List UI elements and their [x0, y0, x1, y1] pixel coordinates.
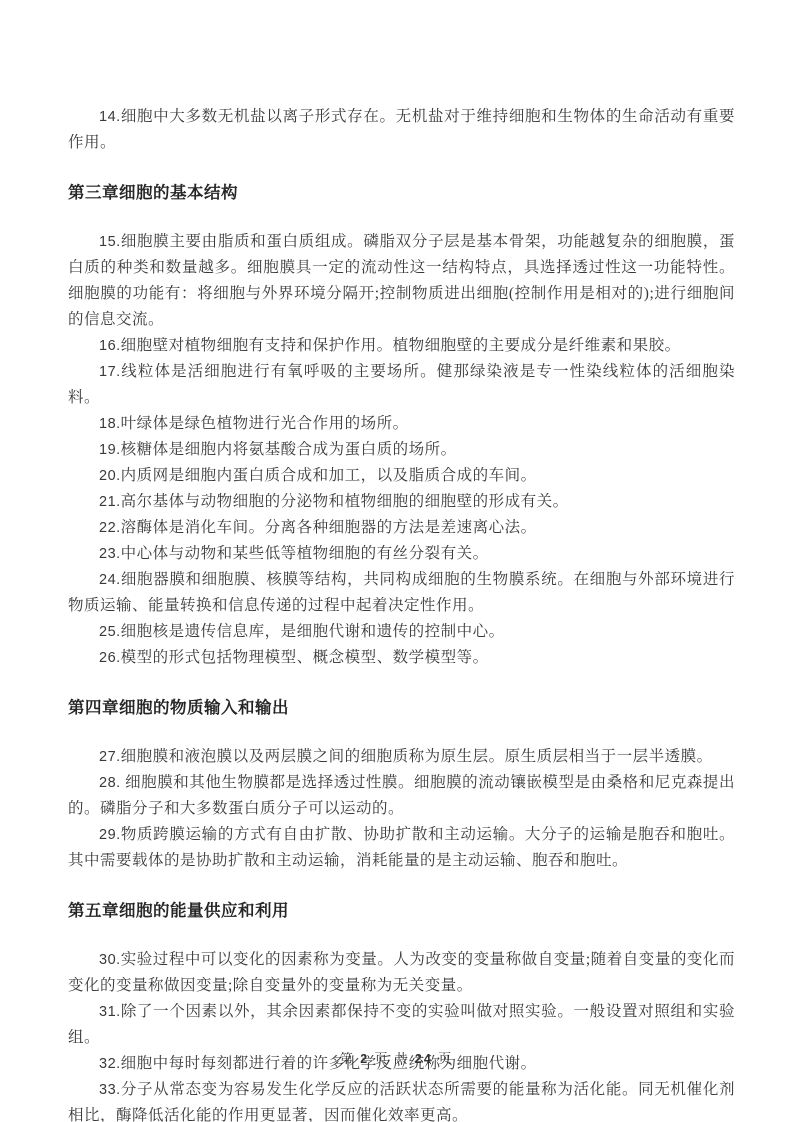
item-text: 物质跨膜运输的方式有自由扩散、协助扩散和主动运输。大分子的运输是胞吞和胞吐。其中… [68, 826, 735, 869]
item-number: 14. [99, 109, 121, 125]
list-item: 18.叶绿体是绿色植物进行光合作用的场所。 [68, 411, 735, 437]
item-number: 29. [99, 827, 121, 843]
chapter-heading: 第五章细胞的能量供应和利用 [68, 899, 735, 923]
item-text: 细胞壁对植物细胞有支持和保护作用。植物细胞壁的主要成分是纤维素和果胶。 [121, 337, 681, 354]
item-number: 27. [99, 749, 121, 765]
item-text: 线粒体是活细胞进行有氧呼吸的主要场所。健那绿染液是专一性染线粒体的活细胞染料。 [68, 363, 735, 406]
item-number: 20. [99, 468, 121, 484]
list-item: 16.细胞壁对植物细胞有支持和保护作用。植物细胞壁的主要成分是纤维素和果胶。 [68, 333, 735, 359]
item-number: 26. [99, 650, 121, 666]
list-item: 25.细胞核是遗传信息库，是细胞代谢和遗传的控制中心。 [68, 619, 735, 645]
list-item: 21.高尔基体与动物细胞的分泌物和植物细胞的细胞壁的形成有关。 [68, 489, 735, 515]
item-text: 细胞核是遗传信息库，是细胞代谢和遗传的控制中心。 [121, 623, 505, 640]
list-item: 20.内质网是细胞内蛋白质合成和加工，以及脂质合成的车间。 [68, 463, 735, 489]
item-text: 溶酶体是消化车间。分离各种细胞器的方法是差速离心法。 [121, 519, 537, 536]
item-number: 24. [99, 572, 121, 588]
list-item: 27.细胞膜和液泡膜以及两层膜之间的细胞质称为原生层。原生质层相当于一层半透膜。 [68, 744, 735, 770]
item-number: 18. [99, 416, 121, 432]
list-item: 31.除了一个因素以外，其余因素都保持不变的实验叫做对照实验。一般设置对照组和实… [68, 999, 735, 1051]
list-item: 28. 细胞膜和其他生物膜都是选择透过性膜。细胞膜的流动镶嵌模型是由桑格和尼克森… [68, 770, 735, 822]
item-text: 叶绿体是绿色植物进行光合作用的场所。 [121, 415, 409, 432]
item-text: 细胞膜和其他生物膜都是选择透过性膜。细胞膜的流动镶嵌模型是由桑格和尼克森提出的。… [68, 774, 735, 817]
footer-suffix: 页 [438, 1051, 453, 1066]
item-number: 31. [99, 1004, 121, 1020]
list-item: 29.物质跨膜运输的方式有自由扩散、协助扩散和主动运输。大分子的运输是胞吞和胞吐… [68, 822, 735, 874]
list-item: 15.细胞膜主要由脂质和蛋白质组成。磷脂双分子层是基本骨架，功能越复杂的细胞膜，… [68, 229, 735, 333]
chapter-heading: 第三章细胞的基本结构 [68, 181, 735, 205]
item-text: 细胞器膜和细胞膜、核膜等结构，共同构成细胞的生物膜系统。在细胞与外部环境进行物质… [68, 571, 735, 614]
list-item: 30.实验过程中可以变化的因素称为变量。人为改变的变量称做自变量;随着自变量的变… [68, 947, 735, 999]
item-text: 核糖体是细胞内将氨基酸合成为蛋白质的场所。 [121, 441, 457, 458]
chapter-heading: 第四章细胞的物质输入和输出 [68, 696, 735, 720]
document-page: 14.细胞中大多数无机盐以离子形式存在。无机盐对于维持细胞和生物体的生命活动有重… [0, 0, 793, 1122]
item-text: 高尔基体与动物细胞的分泌物和植物细胞的细胞壁的形成有关。 [121, 493, 569, 510]
item-number: 33. [99, 1082, 121, 1098]
item-text: 模型的形式包括物理模型、概念模型、数学模型等。 [121, 649, 489, 666]
item-number: 16. [99, 338, 121, 354]
item-number: 23. [99, 546, 121, 562]
list-item: 17.线粒体是活细胞进行有氧呼吸的主要场所。健那绿染液是专一性染线粒体的活细胞染… [68, 359, 735, 411]
footer-page-number: 2 [360, 1052, 369, 1066]
item-text: 除了一个因素以外，其余因素都保持不变的实验叫做对照实验。一般设置对照组和实验组。 [68, 1003, 735, 1046]
list-item: 19.核糖体是细胞内将氨基酸合成为蛋白质的场所。 [68, 437, 735, 463]
item-number: 17. [99, 364, 121, 380]
item-text: 细胞中大多数无机盐以离子形式存在。无机盐对于维持细胞和生物体的生命活动有重要作用… [68, 108, 735, 151]
item-number: 15. [99, 234, 121, 250]
item-text: 实验过程中可以变化的因素称为变量。人为改变的变量称做自变量;随着自变量的变化而变… [68, 951, 735, 994]
item-text: 中心体与动物和某些低等植物细胞的有丝分裂有关。 [121, 545, 489, 562]
item-text: 细胞膜主要由脂质和蛋白质组成。磷脂双分子层是基本骨架，功能越复杂的细胞膜，蛋白质… [68, 233, 735, 328]
page-footer: 第 2 页 共 24 页 [0, 1048, 793, 1067]
item-text: 细胞膜和液泡膜以及两层膜之间的细胞质称为原生层。原生质层相当于一层半透膜。 [121, 748, 713, 765]
item-text: 内质网是细胞内蛋白质合成和加工，以及脂质合成的车间。 [121, 467, 537, 484]
item-number: 30. [99, 952, 121, 968]
item-number: 25. [99, 624, 121, 640]
document-body: 14.细胞中大多数无机盐以离子形式存在。无机盐对于维持细胞和生物体的生命活动有重… [68, 104, 735, 1122]
list-item: 33.分子从常态变为容易发生化学反应的活跃状态所需要的能量称为活化能。同无机催化… [68, 1077, 735, 1122]
list-item: 26.模型的形式包括物理模型、概念模型、数学模型等。 [68, 645, 735, 671]
footer-prefix: 第 [340, 1051, 355, 1066]
list-item: 22.溶酶体是消化车间。分离各种细胞器的方法是差速离心法。 [68, 515, 735, 541]
item-number: 19. [99, 442, 121, 458]
item-number: 22. [99, 520, 121, 536]
list-item: 23.中心体与动物和某些低等植物细胞的有丝分裂有关。 [68, 541, 735, 567]
item-text: 分子从常态变为容易发生化学反应的活跃状态所需要的能量称为活化能。同无机催化剂相比… [68, 1081, 735, 1122]
list-item: 14.细胞中大多数无机盐以离子形式存在。无机盐对于维持细胞和生物体的生命活动有重… [68, 104, 735, 156]
item-number: 28. [99, 775, 121, 791]
footer-middle: 页 共 [374, 1051, 409, 1066]
footer-total-pages: 24 [415, 1052, 433, 1066]
list-item: 24.细胞器膜和细胞膜、核膜等结构，共同构成细胞的生物膜系统。在细胞与外部环境进… [68, 567, 735, 619]
item-number: 21. [99, 494, 121, 510]
